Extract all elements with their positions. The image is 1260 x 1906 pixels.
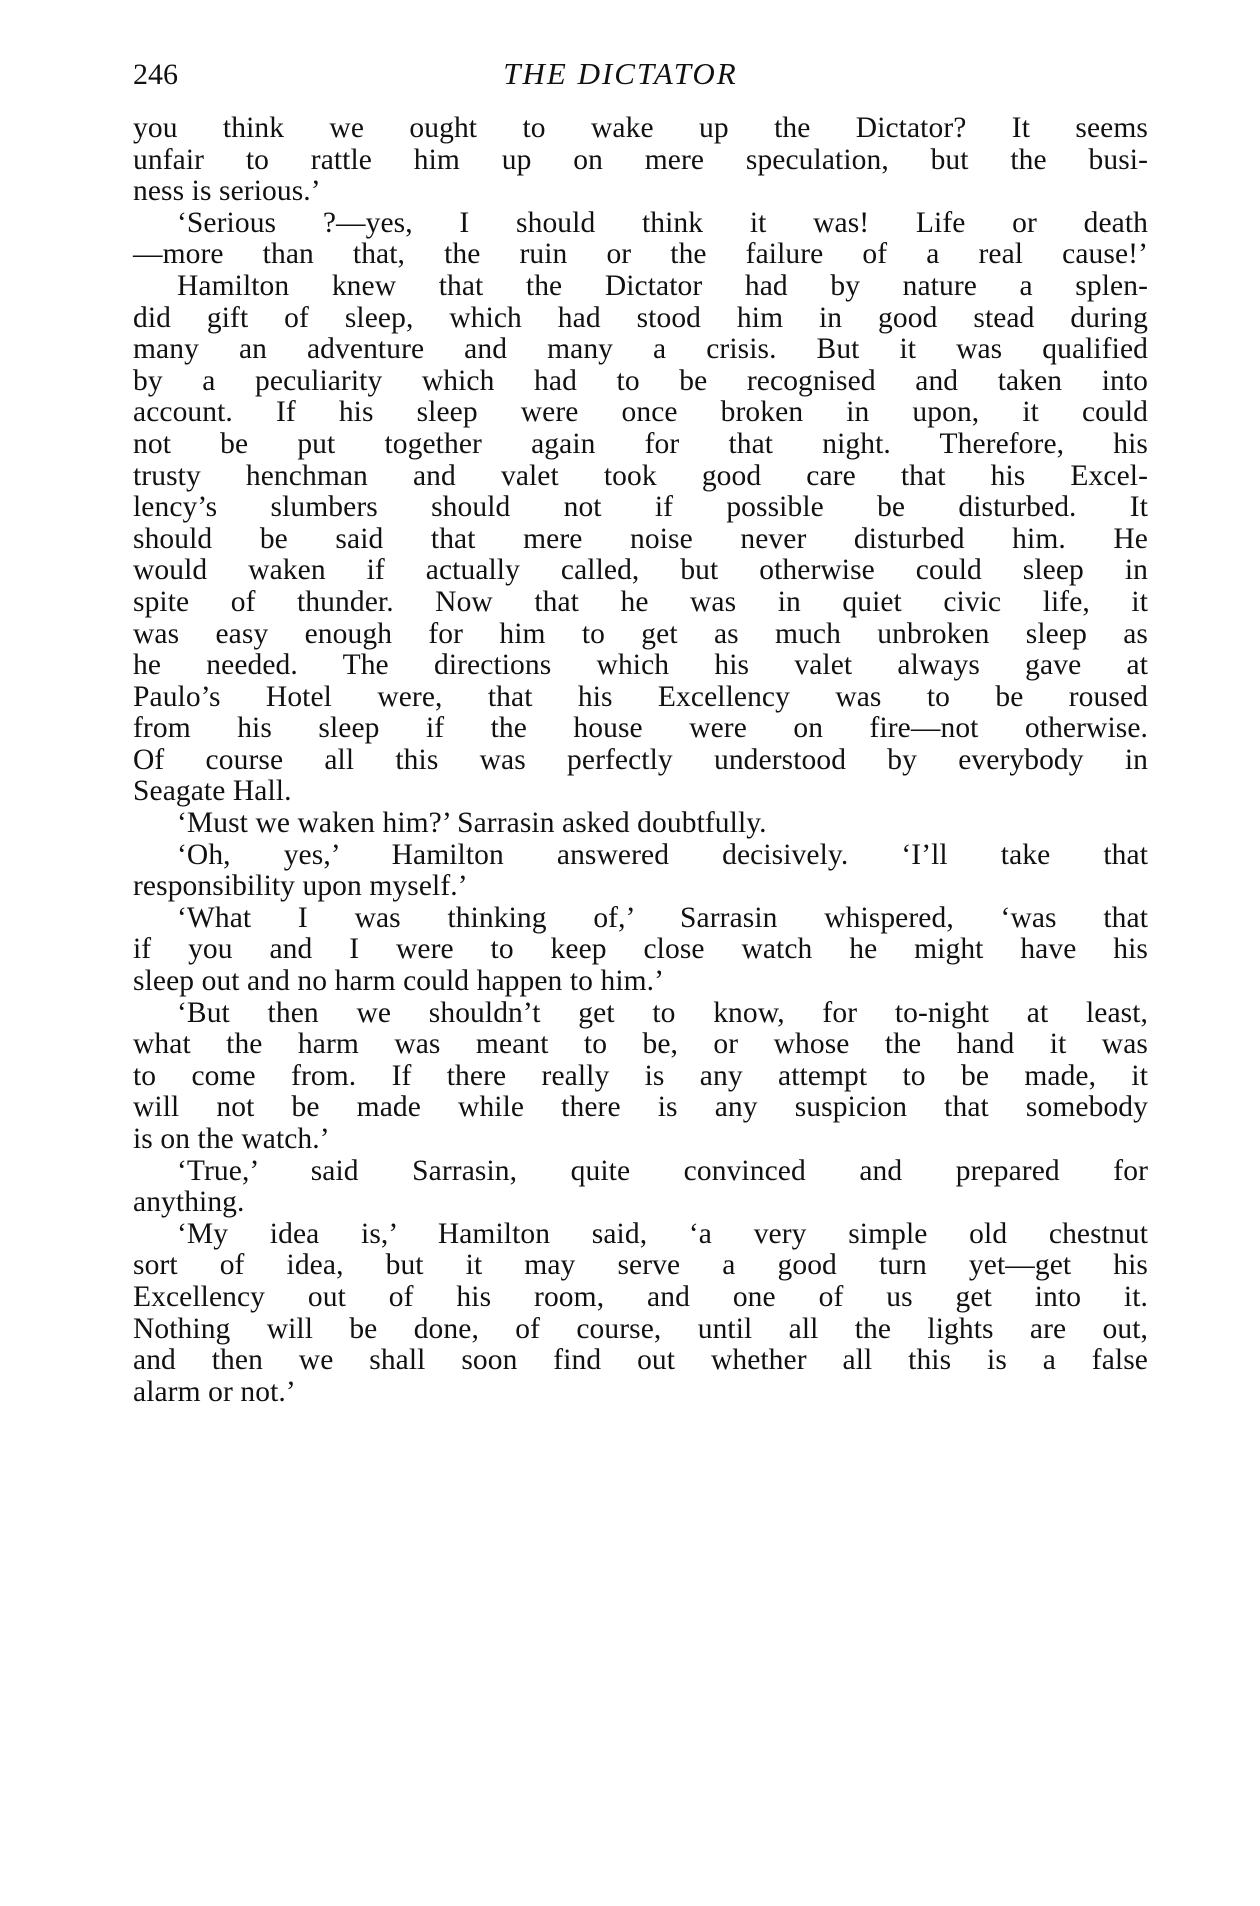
text-line: Hamilton knew that the Dictator had by n…: [133, 271, 1148, 303]
text-line: did gift of sleep, which had stood him i…: [133, 303, 1148, 335]
text-line: trusty henchman and valet took good care…: [133, 461, 1148, 493]
text-line: would waken if actually called, but othe…: [133, 555, 1148, 587]
running-title: THE DICTATOR: [133, 56, 1148, 92]
body-text: you think we ought to wake up the Dictat…: [133, 113, 1148, 1408]
text-line: spite of thunder. Now that he was in qui…: [133, 587, 1148, 619]
text-line: by a peculiarity which had to be recogni…: [133, 366, 1148, 398]
text-line: was easy enough for him to get as much u…: [133, 619, 1148, 651]
text-line: anything.: [133, 1187, 1148, 1219]
text-line: ‘Must we waken him?’ Sarrasin asked doub…: [133, 808, 1148, 840]
text-line: should be said that mere noise never dis…: [133, 524, 1148, 556]
text-line: Excellency out of his room, and one of u…: [133, 1282, 1148, 1314]
text-line: you think we ought to wake up the Dictat…: [133, 113, 1148, 145]
text-line: will not be made while there is any susp…: [133, 1092, 1148, 1124]
text-line: ‘What I was thinking of,’ Sarrasin whisp…: [133, 903, 1148, 935]
text-line: not be put together again for that night…: [133, 429, 1148, 461]
text-line: ness is serious.’: [133, 176, 1148, 208]
book-page: 246 THE DICTATOR you think we ought to w…: [0, 0, 1260, 1906]
text-line: what the harm was meant to be, or whose …: [133, 1029, 1148, 1061]
text-line: is on the watch.’: [133, 1124, 1148, 1156]
text-line: alarm or not.’: [133, 1377, 1148, 1409]
text-line: to come from. If there really is any att…: [133, 1061, 1148, 1093]
text-line: ‘My idea is,’ Hamilton said, ‘a very sim…: [133, 1219, 1148, 1251]
text-line: sleep out and no harm could happen to hi…: [133, 966, 1148, 998]
text-line: sort of idea, but it may serve a good tu…: [133, 1250, 1148, 1282]
text-line: responsibility upon myself.’: [133, 871, 1148, 903]
text-line: if you and I were to keep close watch he…: [133, 934, 1148, 966]
text-line: Nothing will be done, of course, until a…: [133, 1314, 1148, 1346]
text-line: ‘Serious ?—yes, I should think it was! L…: [133, 208, 1148, 240]
text-line: —more than that, the ruin or the failure…: [133, 239, 1148, 271]
text-line: ‘Oh, yes,’ Hamilton answered decisively.…: [133, 840, 1148, 872]
text-line: Seagate Hall.: [133, 776, 1148, 808]
text-line: and then we shall soon find out whether …: [133, 1345, 1148, 1377]
text-line: unfair to rattle him up on mere speculat…: [133, 145, 1148, 177]
text-line: Paulo’s Hotel were, that his Excellency …: [133, 682, 1148, 714]
text-line: lency’s slumbers should not if possible …: [133, 492, 1148, 524]
text-line: ‘True,’ said Sarrasin, quite convinced a…: [133, 1156, 1148, 1188]
text-line: account. If his sleep were once broken i…: [133, 397, 1148, 429]
text-line: many an adventure and many a crisis. But…: [133, 334, 1148, 366]
running-head: 246 THE DICTATOR: [133, 52, 1148, 96]
text-line: ‘But then we shouldn’t get to know, for …: [133, 998, 1148, 1030]
text-line: Of course all this was perfectly underst…: [133, 745, 1148, 777]
text-line: he needed. The directions which his vale…: [133, 650, 1148, 682]
text-line: from his sleep if the house were on fire…: [133, 713, 1148, 745]
